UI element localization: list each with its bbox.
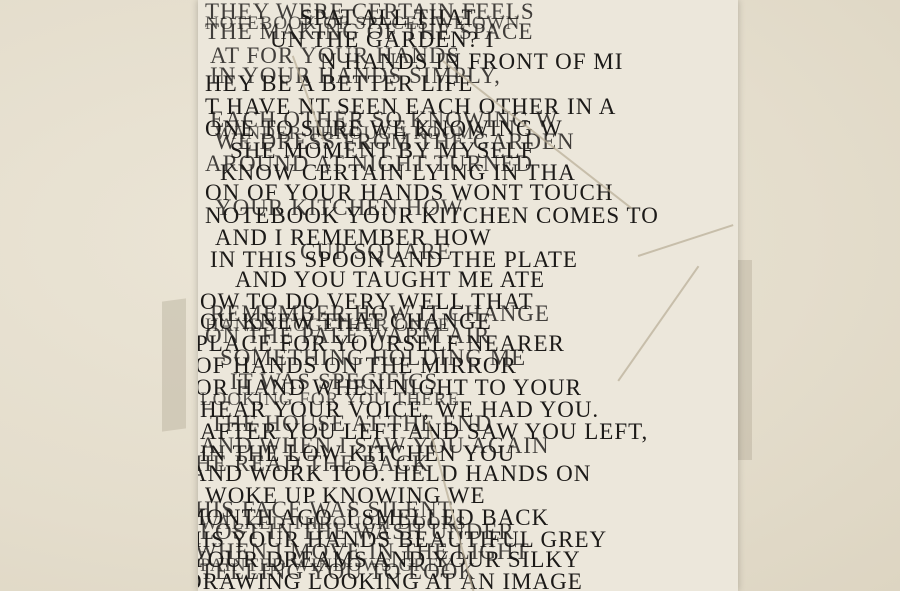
text-line: AND WORK TOO. HELD HANDS ON bbox=[198, 462, 591, 485]
text-line: OR HAND WHEN NIGHT TO YOUR bbox=[198, 376, 582, 399]
text-line: HEAR YOUR VOICE, WE HAD YOU. bbox=[200, 398, 599, 421]
text-line: DRAWING LOOKING AT AN IMAGE bbox=[198, 570, 583, 591]
text-line: N HANDS IN FRONT OF MI bbox=[320, 50, 623, 73]
text-line: T HAVE NT SEEN EACH OTHER IN A bbox=[205, 95, 616, 118]
text-line: I WOKE UP KNOWING WE bbox=[198, 484, 486, 507]
text-layer-primary: SPAT ALL THATUN THE GARDEN? IN HANDS IN … bbox=[198, 0, 738, 591]
paper-shadow-right bbox=[738, 260, 752, 460]
text-line: NOTEBOOK YOUR KITCHEN COMES TO bbox=[205, 204, 659, 227]
paper-shadow-left bbox=[162, 298, 186, 431]
paper-sheet-upper: NOTEBOOK OF SPACES WE OWNWANDER THROUGH … bbox=[198, 0, 738, 591]
text-line: OF HANDS ON THE MIRROR bbox=[198, 354, 517, 377]
text-line: MONTH AGO. I SMELLED BACK bbox=[198, 506, 549, 529]
text-line: PLACE FOR YOURSELF NEARER bbox=[198, 332, 565, 355]
text-line: OU KNEW THAT CHANGE bbox=[200, 310, 492, 333]
text-line: HEY BE A BETTER LIFE bbox=[205, 72, 473, 95]
text-line: AND I REMEMBER HOW bbox=[215, 226, 492, 249]
text-line: ONE TO SURE WE KNOWING W bbox=[205, 117, 563, 140]
text-line: YOUR DREAMS AND YOUR SILKY bbox=[198, 548, 581, 571]
text-line: SHE MOMENT BY MYSELF bbox=[230, 139, 534, 162]
text-line: AND YOU TAUGHT ME ATE bbox=[235, 268, 545, 291]
text-line: UN THE GARDEN? I bbox=[270, 28, 494, 51]
text-line: SPAT ALL THAT bbox=[300, 6, 477, 29]
text-line: AFTER YOU LEFT AND SAW YOU LEFT, bbox=[200, 420, 648, 443]
text-line: ON OF YOUR HANDS WONT TOUCH bbox=[205, 181, 613, 204]
